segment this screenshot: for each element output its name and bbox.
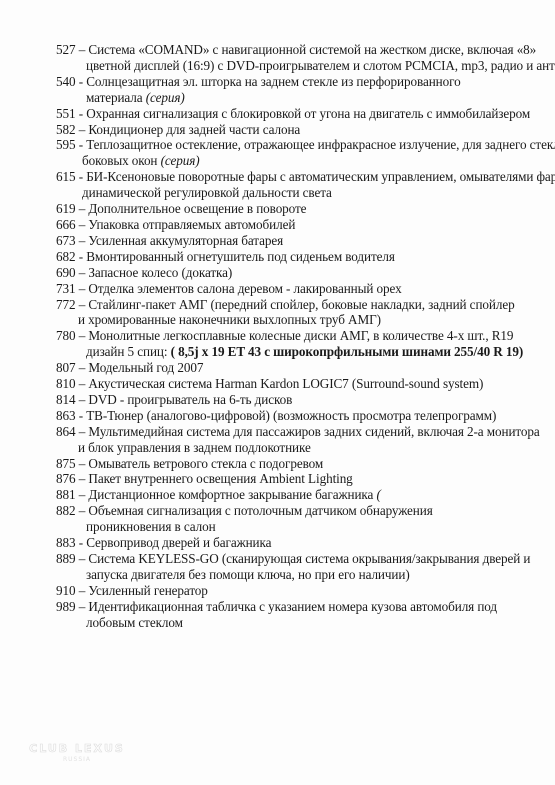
option-text: Стайлинг-пакет АМГ (передний спойлер, бо…	[88, 297, 514, 312]
option-item-666: 666 – Упаковка отправляемых автомобилей	[56, 217, 546, 233]
option-line: 731 – Отделка элементов салона деревом -…	[56, 281, 546, 297]
option-text: Система «COMAND» с навигационной системо…	[88, 42, 536, 57]
option-line: 551 - Охранная сигнализация с блокировко…	[56, 106, 546, 122]
option-line: 875 – Омыватель ветрового стекла с подог…	[56, 456, 546, 472]
watermark-title: CLUB LEXUS	[22, 742, 132, 755]
option-text: ТВ-Тюнер (аналогово-цифровой) (возможнос…	[86, 408, 496, 423]
option-item-807: 807 – Модельный год 2007	[56, 360, 546, 376]
option-text: боковых окон	[82, 153, 157, 168]
document-page: 527 – Система «COMAND» с навигационной с…	[0, 0, 555, 785]
option-code: 772	[56, 297, 75, 312]
options-list: 527 – Система «COMAND» с навигационной с…	[56, 42, 546, 631]
option-text: запуска двигателя без помощи ключа, но п…	[86, 567, 410, 582]
option-separator: -	[79, 408, 83, 423]
option-line: 889 – Система KEYLESS-GO (сканирующая си…	[56, 551, 546, 567]
option-text: Акустическая система Harman Kardon LOGIC…	[88, 376, 483, 391]
option-code: 989	[56, 599, 75, 614]
option-separator: –	[79, 471, 86, 486]
option-separator: –	[79, 376, 86, 391]
option-line: 780 – Монолитные легкосплавные колесные …	[56, 328, 546, 344]
option-text: и хромированные наконечники выхлопных тр…	[78, 312, 381, 327]
option-item-582: 582 – Кондиционер для задней части салон…	[56, 122, 546, 138]
option-line: 673 – Усиленная аккумуляторная батарея	[56, 233, 546, 249]
option-code: 883	[56, 535, 75, 550]
option-code: 910	[56, 583, 75, 598]
option-text: Сервопривод дверей и багажника	[86, 535, 271, 550]
option-separator: –	[79, 217, 86, 232]
option-continuation-line: боковых окон (серия)	[56, 153, 546, 169]
option-separator: –	[79, 551, 86, 566]
option-text: цветной дисплей (16:9) с DVD-проигрывате…	[86, 58, 555, 73]
option-code: 582	[56, 122, 75, 137]
option-code: 619	[56, 201, 75, 216]
option-text: DVD - проигрыватель на 6-ть дисков	[88, 392, 292, 407]
option-item-989: 989 – Идентификационная табличка с указа…	[56, 599, 546, 631]
option-text: Вмонтированный огнетушитель под сиденьем…	[86, 249, 395, 264]
option-code: 615	[56, 169, 75, 184]
option-item-731: 731 – Отделка элементов салона деревом -…	[56, 281, 546, 297]
option-separator: –	[79, 122, 86, 137]
option-code: 731	[56, 281, 75, 296]
option-spec-bold: ( 8,5j x 19 ET 43 с широкопрфильными шин…	[171, 344, 524, 359]
option-line: 666 – Упаковка отправляемых автомобилей	[56, 217, 546, 233]
option-code: 882	[56, 503, 75, 518]
option-text: Система KEYLESS-GO (сканирующая система …	[88, 551, 530, 566]
option-separator: -	[79, 137, 83, 152]
option-separator: -	[79, 169, 83, 184]
option-text: дизайн 5 спиц:	[86, 344, 167, 359]
option-line: 814 – DVD - проигрыватель на 6-ть дисков	[56, 392, 546, 408]
option-text: Усиленная аккумуляторная батарея	[88, 233, 283, 248]
option-continuation-line: материала (серия)	[56, 90, 546, 106]
option-line: 863 - ТВ-Тюнер (аналогово-цифровой) (воз…	[56, 408, 546, 424]
option-text: проникновения в салон	[86, 519, 216, 534]
option-text: Солнцезащитная эл. шторка на заднем стек…	[86, 74, 460, 89]
option-code: 881	[56, 487, 75, 502]
option-line: 540 - Солнцезащитная эл. шторка на задне…	[56, 74, 546, 90]
option-item-619: 619 – Дополнительное освещение в поворот…	[56, 201, 546, 217]
option-item-864: 864 – Мультимедийная система для пассажи…	[56, 424, 546, 456]
option-continuation-line: проникновения в салон	[56, 519, 546, 535]
option-line: 527 – Система «COMAND» с навигационной с…	[56, 42, 546, 58]
option-item-540: 540 - Солнцезащитная эл. шторка на задне…	[56, 74, 546, 106]
option-item-875: 875 – Омыватель ветрового стекла с подог…	[56, 456, 546, 472]
option-continuation-line: цветной дисплей (16:9) с DVD-проигрывате…	[56, 58, 546, 74]
option-line: 882 – Объемная сигнализация с потолочным…	[56, 503, 546, 519]
option-line: 864 – Мультимедийная система для пассажи…	[56, 424, 546, 440]
option-item-551: 551 - Охранная сигнализация с блокировко…	[56, 106, 546, 122]
option-line: 810 – Акустическая система Harman Kardon…	[56, 376, 546, 392]
option-text: Кондиционер для задней части салона	[88, 122, 300, 137]
option-text: Теплозащитное остекление, отражающее инф…	[86, 137, 555, 152]
option-line: 989 – Идентификационная табличка с указа…	[56, 599, 546, 615]
option-text: Упаковка отправляемых автомобилей	[88, 217, 295, 232]
option-separator: –	[79, 360, 86, 375]
option-note: (	[376, 487, 380, 502]
option-code: 864	[56, 424, 75, 439]
option-code: 875	[56, 456, 75, 471]
option-item-881: 881 – Дистанционное комфортное закрывани…	[56, 487, 546, 503]
option-item-883: 883 - Сервопривод дверей и багажника	[56, 535, 546, 551]
option-line: 772 – Стайлинг-пакет АМГ (передний спойл…	[56, 297, 546, 313]
option-code: 690	[56, 265, 75, 280]
option-text: динамической регулировкой дальности свет…	[82, 185, 332, 200]
option-text: Пакет внутреннего освещения Ambient Ligh…	[88, 471, 352, 486]
option-line: 807 – Модельный год 2007	[56, 360, 546, 376]
option-item-682: 682 - Вмонтированный огнетушитель под си…	[56, 249, 546, 265]
option-separator: –	[79, 392, 86, 407]
option-text: Дополнительное освещение в повороте	[88, 201, 306, 216]
option-item-690: 690 – Запасное колесо (докатка)	[56, 265, 546, 281]
option-item-876: 876 – Пакет внутреннего освещения Ambien…	[56, 471, 546, 487]
option-line: 619 – Дополнительное освещение в поворот…	[56, 201, 546, 217]
option-separator: –	[79, 328, 86, 343]
option-text: Усиленный генератор	[88, 583, 207, 598]
watermark-subtitle: RUSSIA	[22, 756, 132, 763]
option-code: 780	[56, 328, 75, 343]
option-line: 582 – Кондиционер для задней части салон…	[56, 122, 546, 138]
option-line: 595 - Теплозащитное остекление, отражающ…	[56, 137, 546, 153]
option-separator: –	[79, 583, 86, 598]
option-note: (серия)	[161, 153, 200, 168]
option-text: Монолитные легкосплавные колесные диски …	[88, 328, 513, 343]
option-item-810: 810 – Акустическая система Harman Kardon…	[56, 376, 546, 392]
option-item-910: 910 – Усиленный генератор	[56, 583, 546, 599]
option-item-889: 889 – Система KEYLESS-GO (сканирующая си…	[56, 551, 546, 583]
option-separator: -	[79, 535, 83, 550]
option-code: 682	[56, 249, 75, 264]
option-separator: -	[79, 74, 83, 89]
option-code: 673	[56, 233, 75, 248]
option-separator: –	[79, 265, 86, 280]
option-text: Отделка элементов салона деревом - лакир…	[88, 281, 401, 296]
option-separator: –	[79, 424, 86, 439]
option-item-772: 772 – Стайлинг-пакет АМГ (передний спойл…	[56, 297, 546, 329]
option-separator: -	[79, 249, 83, 264]
option-separator: –	[79, 201, 86, 216]
option-continuation-line: дизайн 5 спиц: ( 8,5j x 19 ET 43 с широк…	[56, 344, 546, 360]
option-line: 682 - Вмонтированный огнетушитель под си…	[56, 249, 546, 265]
option-separator: –	[79, 487, 86, 502]
option-continuation-line: и хромированные наконечники выхлопных тр…	[56, 312, 546, 328]
option-separator: –	[79, 456, 86, 471]
option-item-673: 673 – Усиленная аккумуляторная батарея	[56, 233, 546, 249]
option-separator: –	[79, 233, 86, 248]
option-text: Запасное колесо (докатка)	[88, 265, 232, 280]
watermark: CLUB LEXUS RUSSIA	[22, 742, 132, 763]
option-code: 889	[56, 551, 75, 566]
option-code: 540	[56, 74, 75, 89]
option-item-814: 814 – DVD - проигрыватель на 6-ть дисков	[56, 392, 546, 408]
option-code: 810	[56, 376, 75, 391]
option-text: Омыватель ветрового стекла с подогревом	[88, 456, 323, 471]
option-line: 876 – Пакет внутреннего освещения Ambien…	[56, 471, 546, 487]
option-item-780: 780 – Монолитные легкосплавные колесные …	[56, 328, 546, 360]
option-separator: –	[79, 599, 86, 614]
option-text: и блок управления в заднем подлокотнике	[78, 440, 311, 455]
option-line: 615 - БИ-Ксеноновые поворотные фары с ав…	[56, 169, 546, 185]
option-code: 666	[56, 217, 75, 232]
option-note: (серия)	[146, 90, 185, 105]
option-line: 881 – Дистанционное комфортное закрывани…	[56, 487, 546, 503]
option-text: Дистанционное комфортное закрывание бага…	[88, 487, 373, 502]
option-line: 883 - Сервопривод дверей и багажника	[56, 535, 546, 551]
option-item-863: 863 - ТВ-Тюнер (аналогово-цифровой) (воз…	[56, 408, 546, 424]
option-code: 595	[56, 137, 75, 152]
option-item-882: 882 – Объемная сигнализация с потолочным…	[56, 503, 546, 535]
option-code: 807	[56, 360, 75, 375]
option-separator: –	[79, 297, 86, 312]
option-separator: –	[79, 281, 86, 296]
option-line: 690 – Запасное колесо (докатка)	[56, 265, 546, 281]
option-code: 876	[56, 471, 75, 486]
option-line: 910 – Усиленный генератор	[56, 583, 546, 599]
option-code: 551	[56, 106, 75, 121]
option-text: Мультимедийная система для пассажиров за…	[88, 424, 539, 439]
option-text: Охранная сигнализация с блокировкой от у…	[86, 106, 530, 121]
option-continuation-line: запуска двигателя без помощи ключа, но п…	[56, 567, 546, 583]
option-item-615: 615 - БИ-Ксеноновые поворотные фары с ав…	[56, 169, 546, 201]
option-continuation-line: лобовым стеклом	[56, 615, 546, 631]
option-text: лобовым стеклом	[86, 615, 183, 630]
option-text: Идентификационная табличка с указанием н…	[88, 599, 497, 614]
option-text: Объемная сигнализация с потолочным датчи…	[88, 503, 432, 518]
option-code: 863	[56, 408, 75, 423]
option-code: 814	[56, 392, 75, 407]
option-code: 527	[56, 42, 75, 57]
option-text: БИ-Ксеноновые поворотные фары с автомати…	[86, 169, 555, 184]
option-continuation-line: динамической регулировкой дальности свет…	[56, 185, 546, 201]
option-text: материала	[86, 90, 143, 105]
option-item-595: 595 - Теплозащитное остекление, отражающ…	[56, 137, 546, 169]
option-continuation-line: и блок управления в заднем подлокотнике	[56, 440, 546, 456]
option-item-527: 527 – Система «COMAND» с навигационной с…	[56, 42, 546, 74]
option-separator: –	[79, 42, 86, 57]
option-separator: –	[79, 503, 86, 518]
option-separator: -	[79, 106, 83, 121]
option-text: Модельный год 2007	[88, 360, 203, 375]
